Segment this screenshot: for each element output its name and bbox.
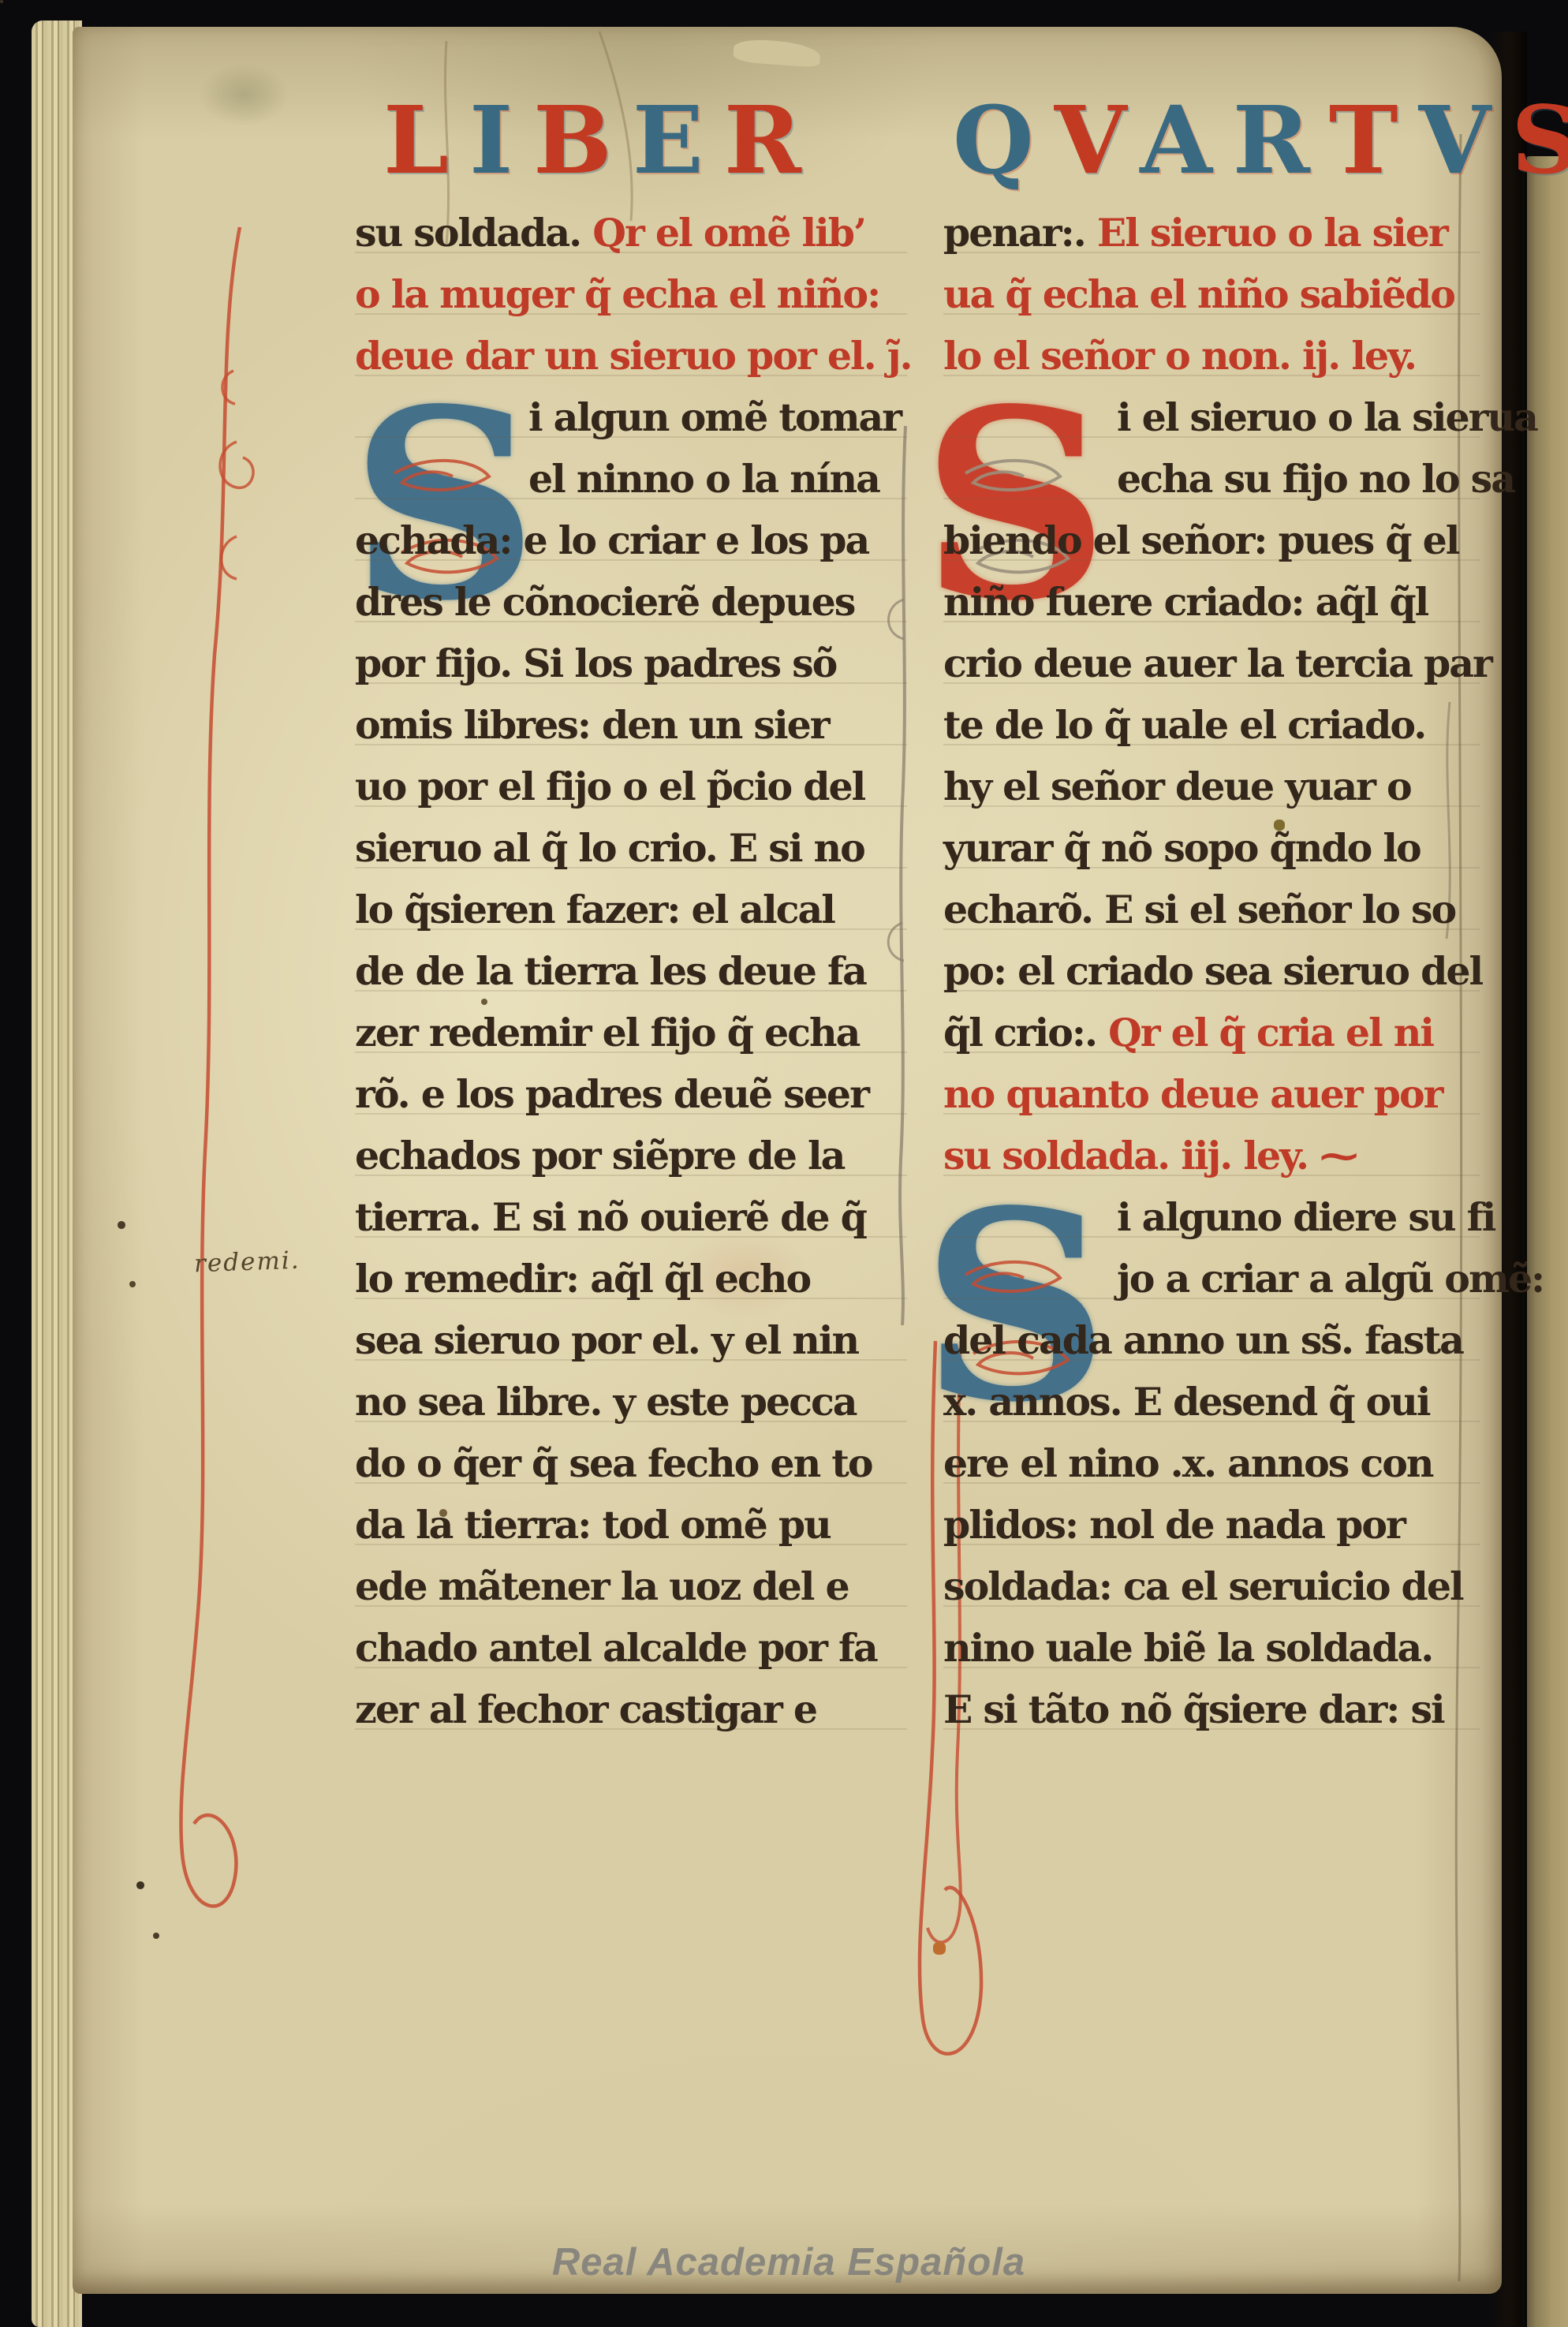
manuscript-line: chado antel alcalde por fa [355,1619,907,1680]
manuscript-line: omis libres: den un sier [355,696,907,757]
manuscript-line: jo a criar a algũ omẽ: [943,1249,1480,1311]
title-letter: T [1329,85,1419,195]
rubric-text: Qr el q̃ cria el ni [1096,1010,1433,1055]
body-text: ede mãtener la uoz del e [355,1563,849,1609]
manuscript-line: E si tãto nõ q̃siere dar: si [943,1680,1480,1742]
body-text: no sea libre. y este pecca [355,1379,857,1425]
body-text: yurar q̃ nõ sopo q̃ndo lo [943,825,1421,871]
rubric-text: ua q̃ echa el niño sabiẽdo [943,271,1454,317]
manuscript-line: zer al fechor castigar e [355,1680,907,1742]
manuscript-line: su soldada. iij. ley. ⁓ [943,1126,1480,1188]
title-letter: R [724,85,822,195]
manuscript-line: hy el señor deue yuar o [943,757,1480,819]
manuscript-line: lo remedir: aq̃l q̃l echo [355,1249,907,1311]
manuscript-line: crio deue auer la tercia par [943,634,1480,696]
manuscript-line: no sea libre. y este pecca [355,1373,907,1434]
manuscript-line: deue dar un sieruo por el. j̃. [355,327,907,388]
body-text: hy el señor deue yuar o [943,764,1411,809]
manuscript-line: del cada anno un ss̃. fasta [943,1311,1480,1373]
manuscript-photo: LIBER QVARTVS S S S su soldada. Qr el om… [0,0,1568,2327]
manuscript-line: nino uale biẽ la soldada. [943,1619,1480,1680]
manuscript-line: penar:. El sieruo o la sier [943,204,1480,265]
body-text: x. annos. E desend q̃ oui [943,1379,1430,1425]
running-title-quartus: QVARTVS [953,85,1568,195]
title-letter: S [1511,85,1568,195]
manuscript-line: uo por el fijo o el p̃cio del [355,757,907,819]
manuscript-line: yurar q̃ nõ sopo q̃ndo lo [943,819,1480,880]
body-text: te de lo q̃ uale el criado. [943,702,1425,748]
manuscript-line: zer redemir el fijo q̃ echa [355,1003,907,1065]
body-text: zer redemir el fijo q̃ echa [355,1010,859,1055]
rubric-text: lo el señor o non. ij. ley. [943,333,1416,379]
manuscript-line: i algun omẽ tomar [355,388,907,450]
body-text: penar:. [943,210,1085,256]
body-text: echada: e lo criar e los pa [355,517,868,563]
body-text: echarõ. E si el señor lo so [943,887,1455,932]
manuscript-line: echarõ. E si el señor lo so [943,880,1480,942]
title-letter: B [533,85,633,195]
manuscript-line: plidos: nol de nada por [943,1496,1480,1557]
manuscript-line: su soldada. Qr el omẽ lib’ [355,204,907,265]
body-text: uo por el fijo o el p̃cio del [355,764,864,809]
manuscript-line: te de lo q̃ uale el criado. [943,696,1480,757]
manuscript-line: por fijo. Si los padres sõ [355,634,907,696]
title-letter: E [633,85,724,195]
body-text: crio deue auer la tercia par [943,641,1491,686]
body-text: zer al fechor castigar e [355,1686,816,1732]
manuscript-line: po: el criado sea sieruo del [943,942,1480,1003]
body-text: echados por siẽpre de la [355,1133,844,1178]
body-text: jo a criar a algũ omẽ: [1117,1256,1544,1302]
manuscript-line: dres le cõnocierẽ depues [355,573,907,634]
manuscript-line: echada: e lo criar e los pa [355,511,907,573]
manuscript-line: el ninno o la nína [355,450,907,511]
left-margin-flourish [181,227,240,1906]
body-text: plidos: nol de nada por [943,1502,1405,1548]
body-text: ere el nino .x. annos con [943,1440,1433,1486]
manuscript-line: biendo el señor: pues q̃ el [943,511,1480,573]
body-text: su soldada. [355,210,581,256]
body-text: dres le cõnocierẽ depues [355,579,854,625]
title-letter: V [1055,85,1140,195]
manuscript-line: sieruo al q̃ lo crio. E si no [355,819,907,880]
body-text: i el sieruo o la sierua [1117,394,1537,440]
title-letter: I [469,85,533,195]
title-letter: V [1419,85,1512,195]
body-text: echa su fijo no lo sa [1117,456,1514,502]
body-text: i alguno diere su fi [1117,1194,1495,1240]
running-title-liber: LIBER [383,85,822,195]
manuscript-line: soldada: ca el seruicio del [943,1557,1480,1619]
body-text: por fijo. Si los padres sõ [355,641,836,686]
rubric-text: o la muger q̃ echa el niño: [355,271,879,317]
manuscript-line: ere el nino .x. annos con [943,1434,1480,1496]
manuscript-line: no quanto deue auer por [943,1065,1480,1126]
manuscript-line: ede mãtener la uoz del e [355,1557,907,1619]
body-text: omis libres: den un sier [355,702,829,748]
manuscript-line: niño fuere criado: aq̃l q̃l [943,573,1480,634]
manuscript-line: x. annos. E desend q̃ oui [943,1373,1480,1434]
manuscript-line: ua q̃ echa el niño sabiẽdo [943,265,1480,327]
body-text: soldada: ca el seruicio del [943,1563,1463,1609]
manuscript-line: rõ. e los padres deuẽ seer [355,1065,907,1126]
manuscript-line: q̃l crio:. Qr el q̃ cria el ni [943,1003,1480,1065]
rubric-text: deue dar un sieruo por el. j̃. [355,333,912,379]
right-text-column: penar:. El sieruo o la sierua q̃ echa el… [943,204,1480,1742]
body-text: q̃l crio:. [943,1010,1096,1055]
rubric-text: El sieruo o la sier [1085,210,1447,256]
body-text: i algun omẽ tomar [528,394,901,440]
title-letter: A [1140,85,1233,195]
body-text: nino uale biẽ la soldada. [943,1625,1432,1671]
body-text: sieruo al q̃ lo crio. E si no [355,825,864,871]
rubric-text: no quanto deue auer por [943,1071,1443,1117]
rubric-text: Qr el omẽ lib’ [581,210,865,256]
manuscript-line: o la muger q̃ echa el niño: [355,265,907,327]
manuscript-line: de de la tierra les deue fa [355,942,907,1003]
body-text: del cada anno un ss̃. fasta [943,1317,1463,1363]
body-text: E si tãto nõ q̃siere dar: si [943,1686,1444,1732]
library-watermark: Real Academia Española [442,2240,1136,2284]
body-text: biendo el señor: pues q̃ el [943,517,1458,563]
body-text: sea sieruo por el. y el nin [355,1317,858,1363]
rubric-text: su soldada. iij. ley. ⁓ [943,1133,1357,1178]
title-letter: L [383,85,469,195]
manuscript-line: i el sieruo o la sierua [943,388,1480,450]
body-text: tierra. E si nõ ouierẽ de q̃ [355,1194,866,1240]
manuscript-line: sea sieruo por el. y el nin [355,1311,907,1373]
body-text: da la tierra: tod omẽ pu [355,1502,831,1548]
body-text: chado antel alcalde por fa [355,1625,877,1671]
body-text: niño fuere criado: aq̃l q̃l [943,579,1428,625]
title-letter: R [1233,85,1329,195]
manuscript-line: do o q̃er q̃ sea fecho en to [355,1434,907,1496]
margin-annotation: redemi. [193,1246,301,1279]
manuscript-line: i alguno diere su fi [943,1188,1480,1249]
body-text: lo remedir: aq̃l q̃l echo [355,1256,810,1302]
manuscript-line: lo el señor o non. ij. ley. [943,327,1480,388]
body-text: de de la tierra les deue fa [355,948,866,994]
manuscript-line: da la tierra: tod omẽ pu [355,1496,907,1557]
body-text: do o q̃er q̃ sea fecho en to [355,1440,872,1486]
manuscript-line: lo q̃sieren fazer: el alcal [355,880,907,942]
body-text: el ninno o la nína [528,456,879,502]
manuscript-line: echados por siẽpre de la [355,1126,907,1188]
title-letter: Q [953,85,1055,195]
body-text: po: el criado sea sieruo del [943,948,1482,994]
body-text: lo q̃sieren fazer: el alcal [355,887,834,932]
ink-specks [0,0,3,3]
manuscript-line: echa su fijo no lo sa [943,450,1480,511]
left-text-column: su soldada. Qr el omẽ lib’o la muger q̃ … [355,204,907,1742]
body-text: rõ. e los padres deuẽ seer [355,1071,868,1117]
manuscript-line: tierra. E si nõ ouierẽ de q̃ [355,1188,907,1249]
